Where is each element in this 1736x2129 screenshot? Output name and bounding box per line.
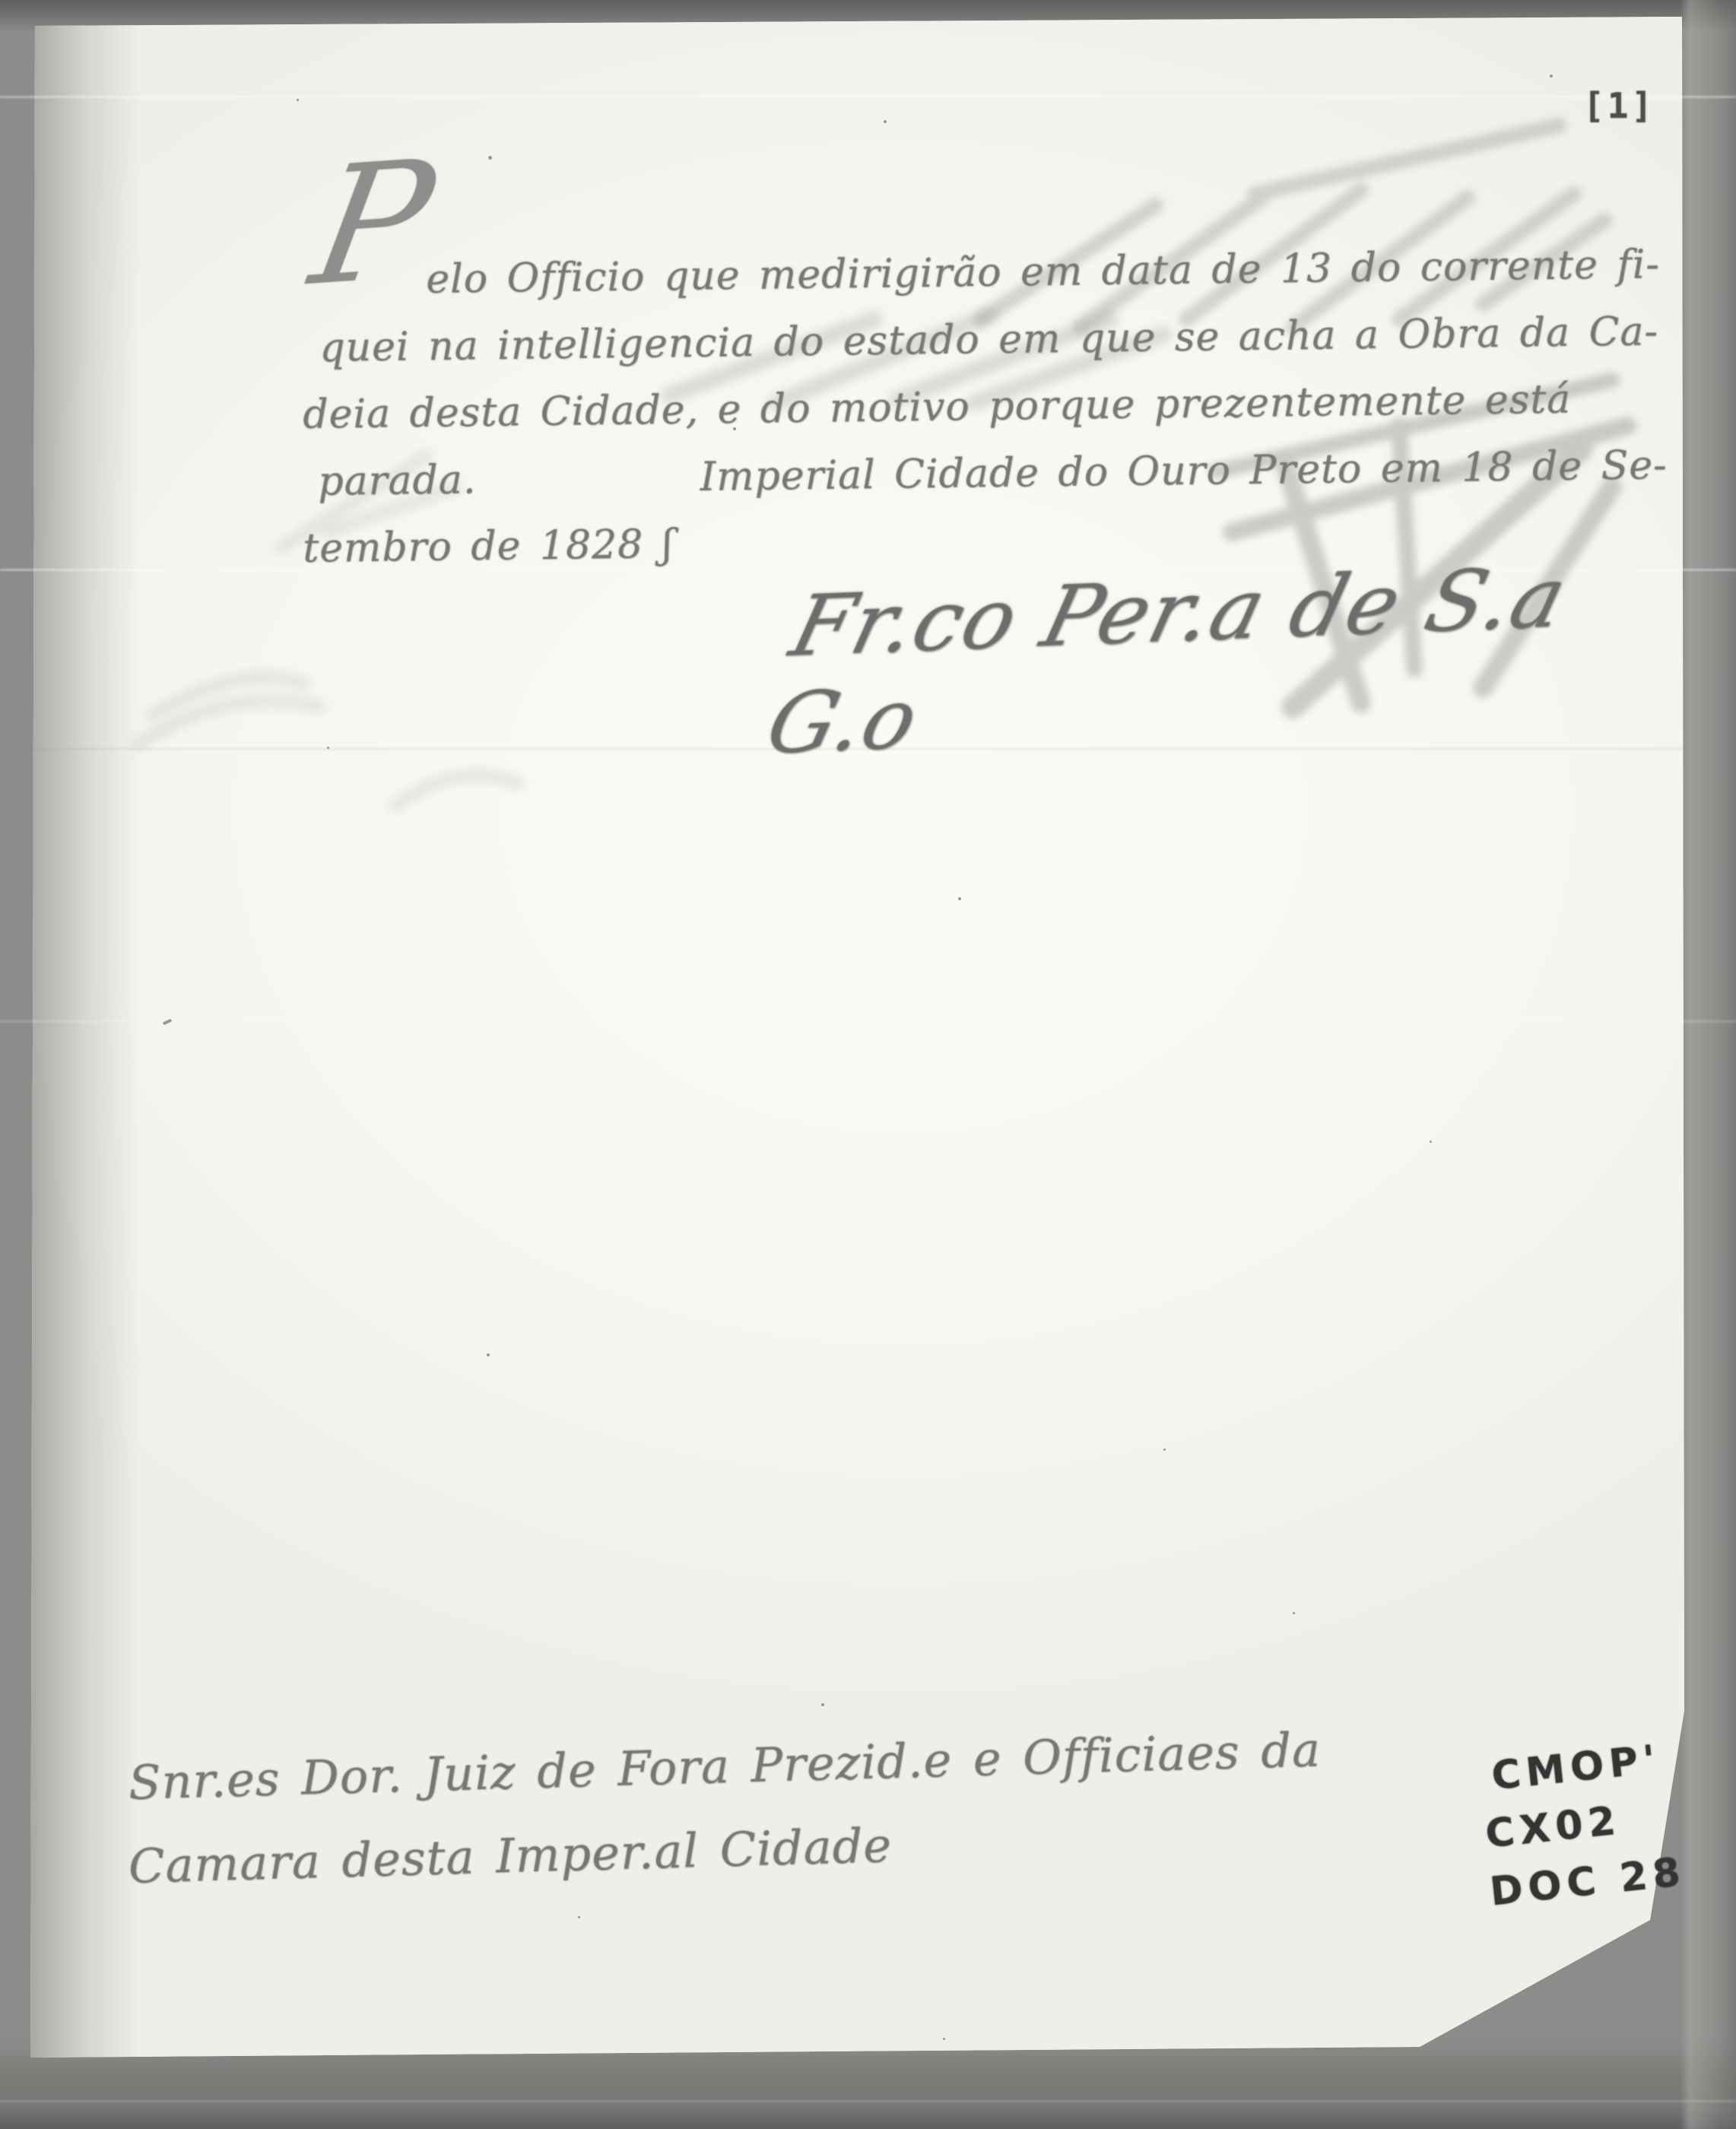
scan-streak <box>0 1020 1736 1023</box>
scan-streak <box>0 2100 1736 2102</box>
archive-stamp: CMOP' CX02 DOC 28 <box>1489 1730 1688 1920</box>
page-number-marker: [1] <box>1583 85 1655 126</box>
document-scan: P elo Officio que medirigirão em data de… <box>0 0 1736 2129</box>
scan-streak <box>0 96 1736 98</box>
body-line-5: tembro de 1828 ʃ <box>303 522 674 572</box>
signature: Fr.co Per.a de S.a G.o <box>757 542 1736 773</box>
